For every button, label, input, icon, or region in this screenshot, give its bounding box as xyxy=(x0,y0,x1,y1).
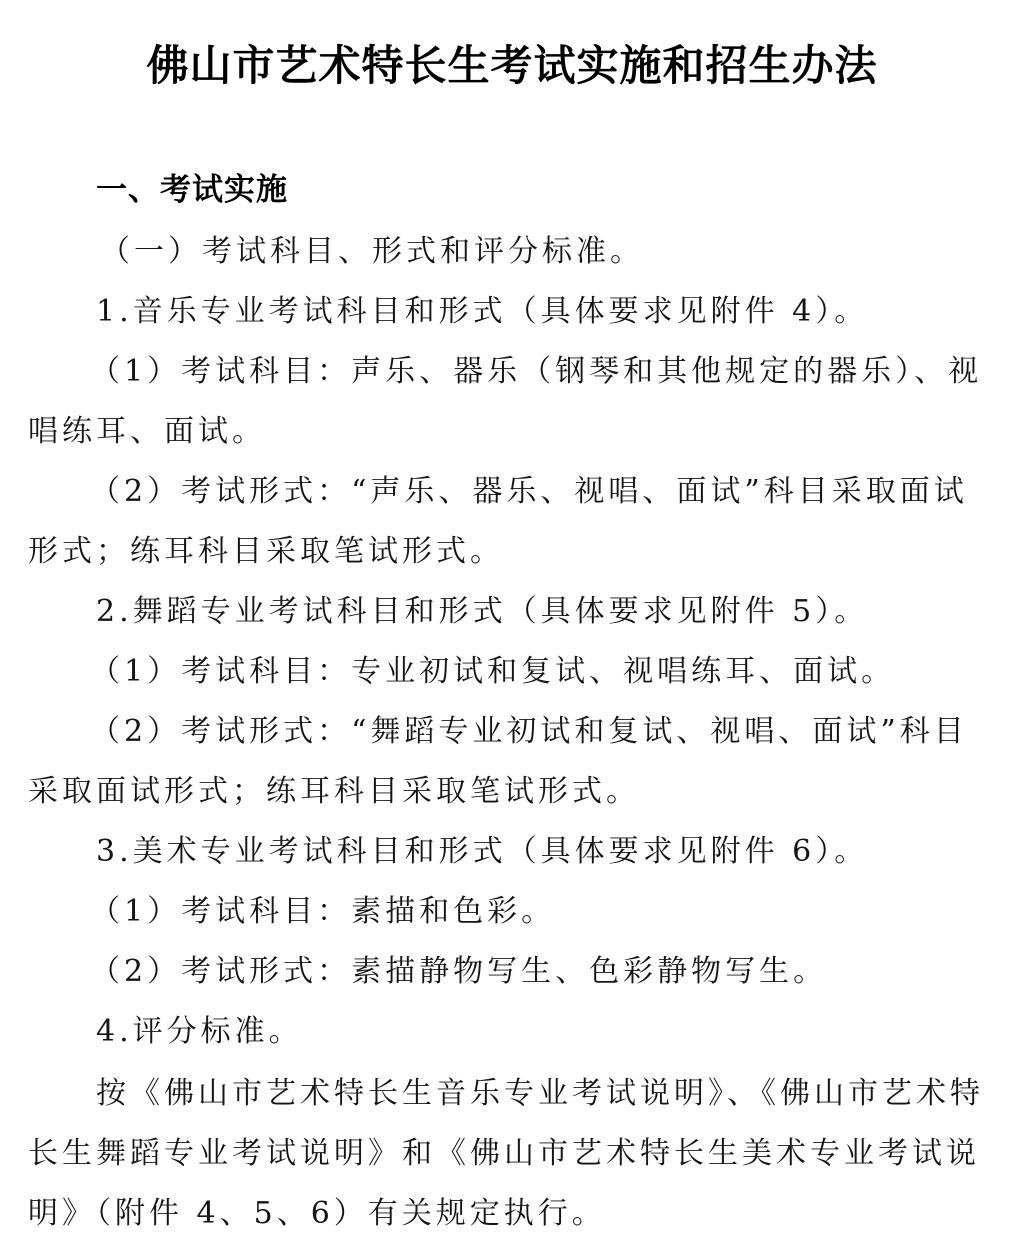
paragraph-line: 明》（附件 4、5、6）有关规定执行。 xyxy=(28,1194,606,1234)
paragraph-line: （2）考试形式：“舞蹈专业初试和复试、视唱、面试”科目 xyxy=(90,712,968,752)
paragraph-line: 形式；练耳科目采取笔试形式。 xyxy=(28,532,504,572)
paragraph-line: （1）考试科目：专业初试和复试、视唱练耳、面试。 xyxy=(90,652,895,692)
paragraph-line: 3.美术专业考试科目和形式（具体要求见附件 6）。 xyxy=(96,832,868,872)
document-title: 佛山市艺术特长生考试实施和招生办法 xyxy=(0,36,1024,96)
paragraph-line: 2.舞蹈专业考试科目和形式（具体要求见附件 5）。 xyxy=(96,592,868,632)
paragraph-line: 长生舞蹈专业考试说明》和《佛山市艺术特长生美术专业考试说 xyxy=(28,1134,980,1174)
paragraph-line: 4.评分标准。 xyxy=(96,1012,303,1052)
paragraph-line: 采取面试形式；练耳科目采取笔试形式。 xyxy=(28,772,640,812)
paragraph-line: （1）考试科目：声乐、器乐（钢琴和其他规定的器乐）、视 xyxy=(90,352,982,392)
paragraph-line: 1.音乐专业考试科目和形式（具体要求见附件 4）。 xyxy=(96,292,868,332)
section-heading: 一、考试实施 xyxy=(96,170,288,210)
paragraph-line: 唱练耳、面试。 xyxy=(28,412,266,452)
paragraph-line: （2）考试形式：素描静物写生、色彩静物写生。 xyxy=(90,952,827,992)
subsection-heading: （一）考试科目、形式和评分标准。 xyxy=(100,232,644,272)
paragraph-line: （2）考试形式：“声乐、器乐、视唱、面试”科目采取面试 xyxy=(90,472,968,512)
paragraph-line: 按《佛山市艺术特长生音乐专业考试说明》、《佛山市艺术特 xyxy=(96,1074,984,1114)
paragraph-line: （1）考试科目：素描和色彩。 xyxy=(90,892,555,932)
